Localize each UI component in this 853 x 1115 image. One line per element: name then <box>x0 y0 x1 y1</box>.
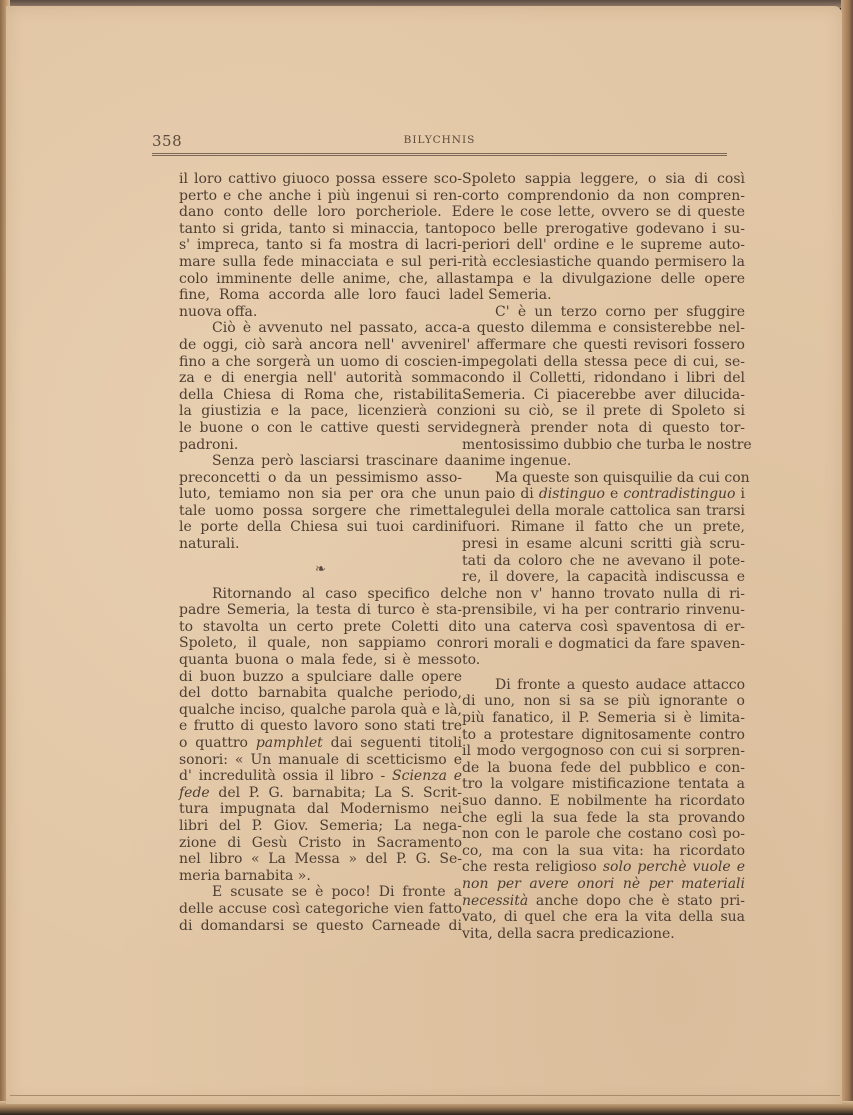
text-line: fino a che sorgerà un uomo di coscien- <box>179 354 462 371</box>
running-header: 358 BILYCHNIS <box>152 128 727 152</box>
text-line: fine, Roma accorda alle loro fauci la <box>179 287 462 304</box>
text-segment: d' incredulità ossia il libro - <box>179 768 385 784</box>
header-double-rule <box>152 153 727 156</box>
text-line: la giustizia e la pace, licenzierà con <box>179 403 462 420</box>
text-line-mixed: non per avere onori nè per materiali <box>462 876 745 893</box>
text-line: il loro cattivo giuoco possa essere sco- <box>179 171 462 188</box>
text-line: rori morali e dogmatici da fare spaven- <box>462 636 745 653</box>
text-line: e frutto di questo lavoro sono stati tre <box>179 718 462 735</box>
text-line: tro la volgare mistificazione tentata a <box>462 776 745 793</box>
text-segment: o quattro <box>179 735 248 751</box>
text-line: Spoleto, il quale, non sappiamo con <box>179 635 462 652</box>
text-line: stampa e la divulgazione delle opere <box>462 271 745 288</box>
text-line: periori dell' ordine e le supreme auto- <box>462 237 745 254</box>
text-line-mixed: necessità anche dopo che è stato pri- <box>462 893 745 910</box>
left-column: il loro cattivo giuoco possa essere sco-… <box>179 171 462 934</box>
italic-term: contradistinguo <box>623 486 735 502</box>
italic-term: distinguo <box>539 486 605 502</box>
paragraph-start-line: Di fronte a questo audace attacco <box>462 677 745 694</box>
text-line: zione di Gesù Cristo in Sacramento <box>179 835 462 852</box>
text-line: mentosissimo dubbio che turba le nostre <box>462 437 745 454</box>
text-segment: e <box>610 486 618 502</box>
text-line: del dotto barnabita qualche periodo, <box>179 685 462 702</box>
text-line: degnerà prender nota di questo tor- <box>462 420 745 437</box>
italic-quote: non per avere onori nè per materiali <box>462 876 745 892</box>
page-right-edge <box>841 0 853 1115</box>
text-line: preconcetti o da un pessimismo asso- <box>179 470 462 487</box>
text-segment: un paio di <box>462 486 534 502</box>
text-line: più fanatico, il P. Semeria si è limita- <box>462 710 745 727</box>
text-line: rità ecclesiastiche quando permisero la <box>462 254 745 271</box>
paragraph-gap <box>462 669 745 677</box>
text-line: condo il Colletti, ridondano i libri del <box>462 370 745 387</box>
text-line-mixed: o quattro pamphlet dai seguenti titoli <box>179 735 462 752</box>
italic-title: fede <box>179 785 210 801</box>
text-line: suo danno. E nobilmente ha ricordato <box>462 793 745 810</box>
text-line: meria barnabita ». <box>179 868 462 885</box>
text-segment: anche dopo che è stato pri- <box>536 893 745 909</box>
text-line-mixed: fede del P. G. barnabita; La S. Scrit- <box>179 785 462 802</box>
text-line: il modo vergognoso con cui si sorpren- <box>462 743 745 760</box>
text-segment: i <box>741 486 745 502</box>
text-line: padroni. <box>179 437 462 454</box>
text-line: tura impugnata dal Modernismo nei <box>179 801 462 818</box>
text-line: legulei della morale cattolica san trars… <box>462 503 745 520</box>
text-line: che egli la sua fede la sta provando <box>462 810 745 827</box>
text-line: fuori. Rimane il fatto che un prete, <box>462 519 745 536</box>
text-line: Semeria. Ci piacerebbe aver dilucida- <box>462 387 745 404</box>
text-line: de la buona fede del pubblico e con- <box>462 760 745 777</box>
text-line: di uno, non si sa se più ignorante o <box>462 693 745 710</box>
text-line: a questo dilemma e consisterebbe nel- <box>462 320 745 337</box>
text-line: nel libro « La Messa » del P. G. Se- <box>179 851 462 868</box>
text-line: delle accuse così categoriche vien fatto <box>179 901 462 918</box>
text-line: libri del P. Giov. Semeria; La nega- <box>179 818 462 835</box>
text-line: mare sulla fede minacciata e sul peri- <box>179 254 462 271</box>
text-line-mixed: che resta religioso solo perchè vuole e <box>462 859 745 876</box>
text-line: tati da coloro che ne avevano il pote- <box>462 553 745 570</box>
text-line: vato, di quel che era la vita della sua <box>462 909 745 926</box>
text-line: impegolati della stessa pece di cui, se- <box>462 354 745 371</box>
text-line: to una caterva così spaventosa di er- <box>462 619 745 636</box>
text-line: che non v' hanno trovato nulla di ri- <box>462 586 745 603</box>
text-line: le porte della Chiesa sui tuoi cardini <box>179 519 462 536</box>
right-column: Spoleto sappia leggere, o sia di così co… <box>462 171 745 942</box>
text-line: poco belle prerogative godevano i su- <box>462 221 745 238</box>
section-ornament-icon: ❧ <box>179 553 462 586</box>
text-line: della Chiesa di Roma che, ristabilita <box>179 387 462 404</box>
text-line: tale uomo possa sorgere che rimetta <box>179 503 462 520</box>
text-line: de oggi, ciò sarà ancora nell' avvenire <box>179 337 462 354</box>
text-line: anime ingenue. <box>462 453 745 470</box>
text-line: zioni su ciò, se il prete di Spoleto si <box>462 403 745 420</box>
text-line: to stavolta un certo prete Coletti di <box>179 619 462 636</box>
text-line: del Semeria. <box>462 287 745 304</box>
paragraph-start-line: Senza però lasciarsi trascinare da <box>179 453 462 470</box>
text-line: to. <box>462 652 745 669</box>
italic-term: pamphlet <box>256 735 323 751</box>
text-line: qualche inciso, qualche parola quà e là, <box>179 702 462 719</box>
text-line: s' impreca, tanto si fa mostra di lacri- <box>179 237 462 254</box>
text-line: le buone o con le cattive questi servi <box>179 420 462 437</box>
paragraph-start-line: C' è un terzo corno per sfuggire <box>462 304 745 321</box>
text-line: naturali. <box>179 536 462 553</box>
text-line: vita, della sacra predicazione. <box>462 926 745 943</box>
text-line: za e di energia nell' autorità somma <box>179 370 462 387</box>
text-line: quanta buona o mala fede, si è messo <box>179 652 462 669</box>
text-line: corto comprendonio da non compren- <box>462 188 745 205</box>
paragraph-start-line: Ma queste son quisquilie da cui con <box>462 470 745 487</box>
italic-title: Scienza e <box>392 768 462 784</box>
text-line: di buon buzzo a spulciare dalle opere <box>179 669 462 686</box>
text-line: padre Semeria, la testa di turco è sta- <box>179 602 462 619</box>
text-line: dere le cose lette, ovvero se di queste <box>462 204 745 221</box>
text-line-mixed: d' incredulità ossia il libro - Scienza … <box>179 768 462 785</box>
text-line: re, il dovere, la capacità indiscussa e <box>462 569 745 586</box>
text-segment: del P. G. barnabita; La S. Scrit- <box>218 785 462 801</box>
text-line: colo imminente delle anime, che, alla <box>179 271 462 288</box>
paragraph-start-line: Ciò è avvenuto nel passato, acca- <box>179 320 462 337</box>
text-line: sonori: « Un manuale di scetticismo e <box>179 752 462 769</box>
text-line: presi in esame alcuni scritti già scru- <box>462 536 745 553</box>
text-line: Spoleto sappia leggere, o sia di così <box>462 171 745 188</box>
italic-quote: necessità <box>462 893 528 909</box>
text-line: luto, temiamo non sia per ora che un <box>179 486 462 503</box>
text-line: co, ma con la sua vita: ha ricordato <box>462 843 745 860</box>
text-line: non con le parole che costano così po- <box>462 826 745 843</box>
text-line-mixed: un paio di distinguo e contradistinguo i <box>462 486 745 503</box>
text-line: l' affermare che questi revisori fossero <box>462 337 745 354</box>
text-segment: dai seguenti titoli <box>331 735 462 751</box>
paragraph-start-line: Ritornando al caso specifico del <box>179 586 462 603</box>
text-line: dano conto delle loro porcheriole. E <box>179 204 462 221</box>
text-line: prensibile, vi ha per contrario rinvenu- <box>462 602 745 619</box>
text-line: to a protestare dignitosamente contro <box>462 727 745 744</box>
running-title: BILYCHNIS <box>152 134 727 146</box>
italic-quote: solo perchè vuole e <box>603 859 745 875</box>
text-line: perto e che anche i più ingenui si ren- <box>179 188 462 205</box>
text-line: tanto si grida, tanto si minaccia, tanto <box>179 221 462 238</box>
text-line: di domandarsi se questo Carneade di <box>179 918 462 935</box>
paragraph-start-line: E scusate se è poco! Di fronte a <box>179 884 462 901</box>
text-line: nuova offa. <box>179 304 462 321</box>
page-fold-line <box>10 1095 840 1096</box>
text-segment: che resta religioso <box>462 859 597 875</box>
